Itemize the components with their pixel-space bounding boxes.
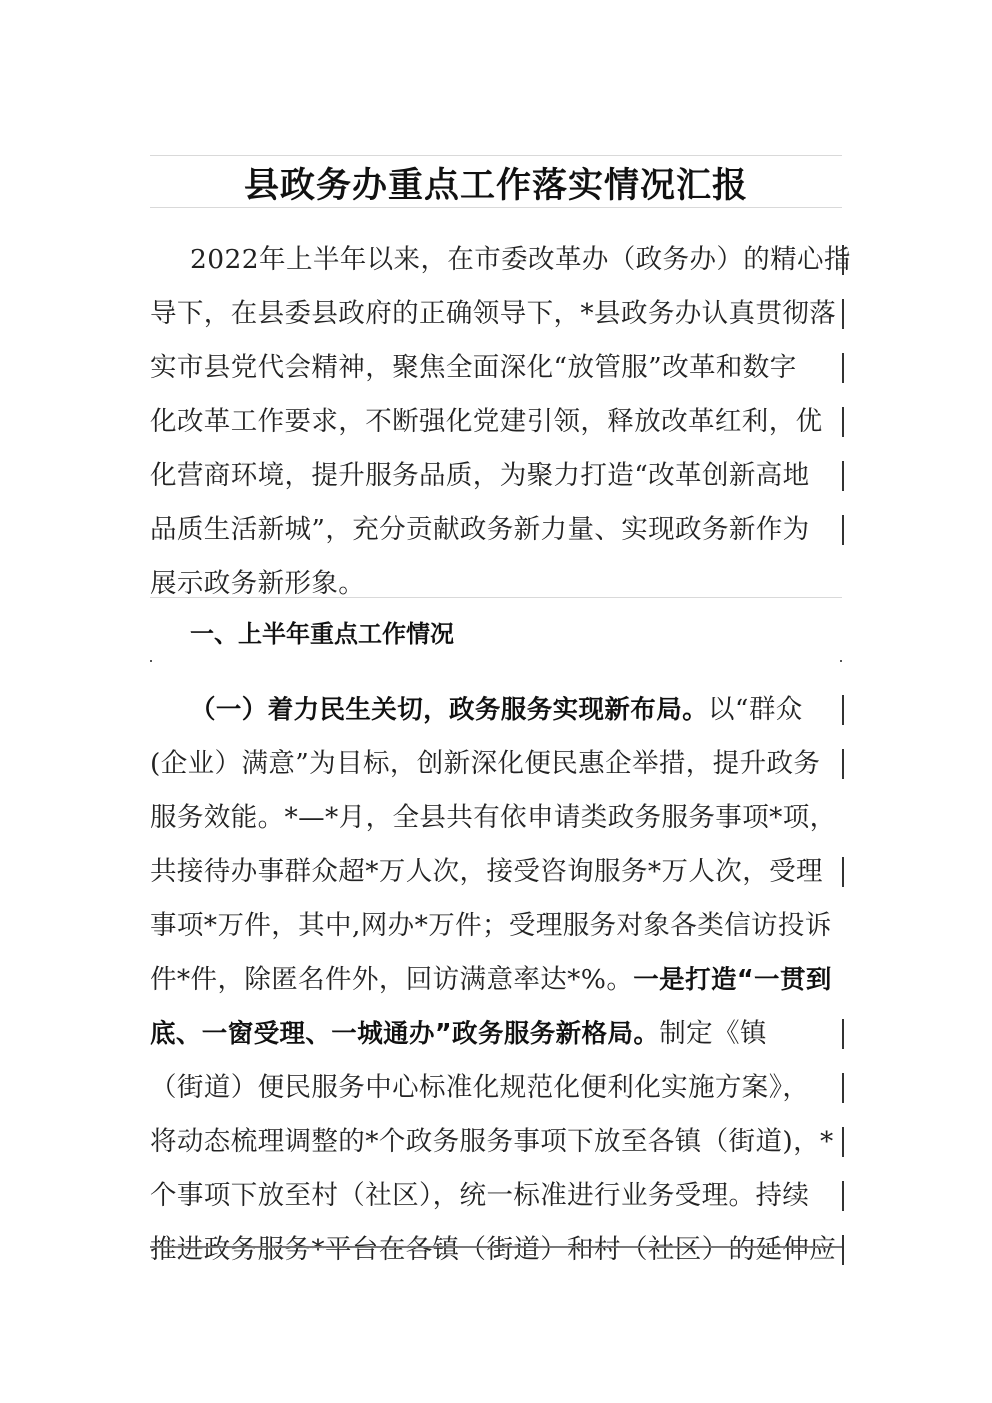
intro-line-1: 2022年上半年以来，在市委改革办（政务办）的精心指	[150, 238, 842, 282]
body-line-7: （街道）便民服务中心标准化规范化便利化实施方案》，	[150, 1066, 842, 1110]
page-bottom-rule	[150, 1246, 842, 1248]
body-line-6-normal: 制定《镇	[659, 1018, 767, 1049]
intro-line-5: 化营商环境，提升服务品质，为聚力打造“改革创新高地	[150, 454, 842, 498]
body-line-10: 推进政务服务*平台在各镇（街道）和村（社区）的延伸应	[150, 1228, 842, 1272]
intro-line-6: 品质生活新城”，充分贡献政务新力量、实现政务新作为	[150, 508, 842, 552]
title-bottom-rule	[150, 207, 842, 208]
body-line-8: 将动态梳理调整的*个政务服务事项下放至各镇（街道)，*	[150, 1120, 842, 1164]
body-line-4: 事项*万件，其中,网办*万件；受理服务对象各类信访投诉	[150, 904, 842, 948]
subsection-lead-rest: 以“群众	[708, 694, 803, 725]
intro-bottom-rule	[150, 597, 842, 598]
section-heading: 一、上半年重点工作情况	[190, 612, 454, 656]
intro-line-3: 实市县党代会精神，聚焦全面深化“放管服”改革和数字	[150, 346, 842, 390]
body-line-6: 底、一窗受理、一城通办”政务服务新格局。制定《镇	[150, 1012, 842, 1056]
title-top-rule	[150, 155, 842, 156]
subsection-lead-line: （一）着力民生关切，政务服务实现新布局。以“群众	[150, 688, 842, 732]
body-line-3: 共接待办事群众超*万人次，接受咨询服务*万人次，受理	[150, 850, 842, 894]
body-line-2: 服务效能。*—*月，全县共有依申请类政务服务事项*项，	[150, 796, 842, 840]
body-line-5: 件*件，除匿名件外，回访满意率达*%。一是打造“一贯到	[150, 958, 842, 1002]
body-line-5-normal: 件*件，除匿名件外，回访满意率达*%。	[150, 964, 633, 995]
body-line-1: (企业）满意”为目标，创新深化便民惠企举措，提升政务	[150, 742, 842, 786]
margin-marker-left	[150, 660, 152, 662]
body-line-6-bold: 底、一窗受理、一城通办”政务服务新格局。	[150, 1019, 659, 1049]
intro-line-7: 展示政务新形象。	[150, 562, 842, 606]
body-line-9: 个事项下放至村（社区），统一标准进行业务受理。持续	[150, 1174, 842, 1218]
intro-line-4: 化改革工作要求，不断强化党建引领，释放改革红利，优	[150, 400, 842, 444]
margin-marker-right	[840, 660, 842, 662]
body-line-5-bold: 一是打造“一贯到	[633, 965, 831, 995]
intro-line-2: 导下，在县委县政府的正确领导下，*县政务办认真贯彻落	[150, 292, 842, 336]
subsection-bold-lead: （一）着力民生关切，政务服务实现新布局。	[190, 695, 708, 725]
document-title: 县政务办重点工作落实情况汇报	[150, 162, 842, 210]
